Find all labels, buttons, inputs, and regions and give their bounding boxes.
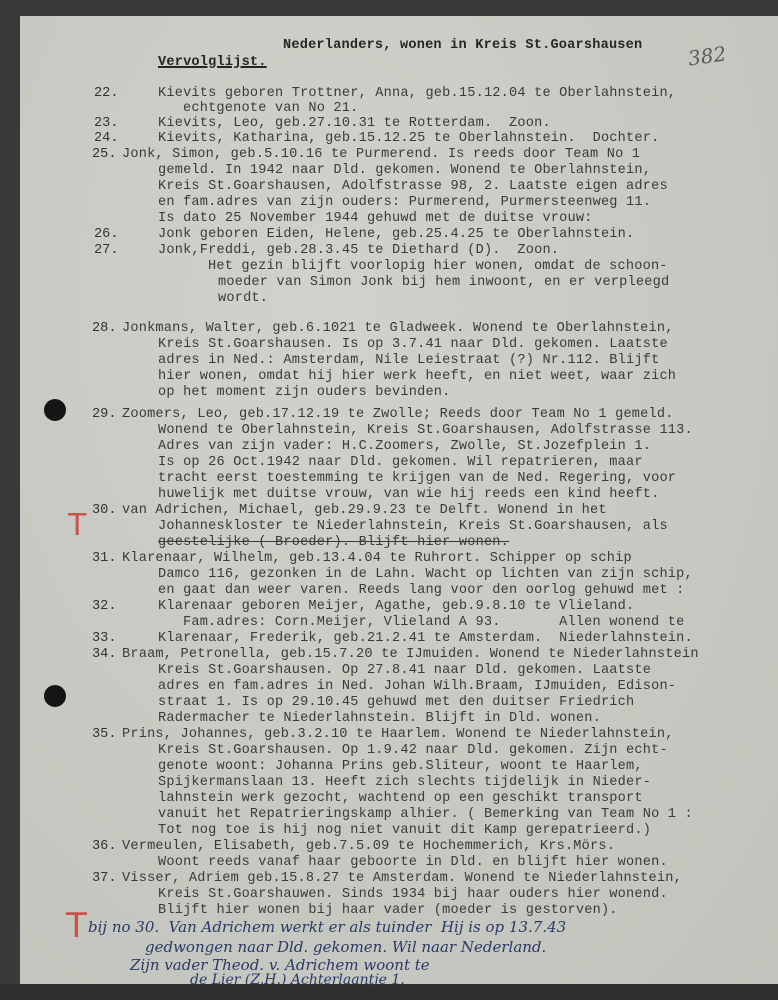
entry-line: Radermacher te Niederlahnstein. Blijft i… xyxy=(158,711,601,726)
handwritten-note-line: bij no 30. Van Adrichem werkt er als tui… xyxy=(88,918,566,936)
entry-line: Fam.adres: Corn.Meijer, Vlieland A 93. A… xyxy=(183,615,684,630)
entry-line: Braam, Petronella, geb.15.7.20 te IJmuid… xyxy=(122,647,699,662)
entry-line: Kreis St.Goarshausen. Op 27.8.41 naar Dl… xyxy=(158,663,651,678)
entry-line: Woont reeds vanaf haar geboorte in Dld. … xyxy=(158,855,668,870)
entry-line: en gaat dan weer varen. Reeds lang voor … xyxy=(158,583,685,598)
entry-line: Het gezin blijft voorlopig hier wonen, o… xyxy=(208,259,668,274)
entry-line: van Adrichen, Michael, geb.29.9.23 te De… xyxy=(122,503,607,518)
entry-line: Kreis St.Goarshausen. Op 1.9.42 naar Dld… xyxy=(158,743,668,758)
entry-line: Kievits, Katharina, geb.15.12.25 te Ober… xyxy=(158,131,659,146)
entry-line-struck: geestelijke ( Broeder). Blijft hier wone… xyxy=(158,535,509,550)
entry-number: 26. xyxy=(94,227,118,242)
entry-line: Wonend te Oberlahnstein, Kreis St.Goarsh… xyxy=(158,423,693,438)
entry-number: 35. xyxy=(92,727,116,742)
entry-line: gemeld. In 1942 naar Dld. gekomen. Wonen… xyxy=(158,163,651,178)
entry-line: wordt. xyxy=(218,291,268,306)
entry-number: 25. xyxy=(92,147,116,162)
entry-line: echtgenote van No 21. xyxy=(183,101,359,116)
handwritten-note-line: gedwongen naar Dld. gekomen. Wil naar Ne… xyxy=(145,938,546,956)
entry-number: 36. xyxy=(92,839,116,854)
entry-line: lahnstein werk gezocht, wachtend op een … xyxy=(158,791,643,806)
entry-line: Is op 26 Oct.1942 naar Dld. gekomen. Wil… xyxy=(158,455,643,470)
red-margin-mark: T xyxy=(66,906,87,946)
entry-line: Jonk, Simon, geb.5.10.16 te Purmerend. I… xyxy=(122,147,640,162)
entry-line: Jonk geboren Eiden, Helene, geb.25.4.25 … xyxy=(158,227,634,242)
subtitle: Vervolglijst. xyxy=(158,55,267,70)
entry-line: Kreis St.Goarshauwen. Sinds 1934 bij haa… xyxy=(158,887,668,902)
entry-line: adres in Ned.: Amsterdam, Nile Leiestraa… xyxy=(158,353,659,368)
entry-line: huwelijk met duitse vrouw, van wie hij r… xyxy=(158,487,659,502)
entry-line: Zoomers, Leo, geb.17.12.19 te Zwolle; Re… xyxy=(122,407,674,422)
entry-line: Adres van zijn vader: H.C.Zoomers, Zwoll… xyxy=(158,439,651,454)
entry-number: 27. xyxy=(94,243,118,258)
entry-line: op het moment zijn ouders bevinden. xyxy=(158,385,451,400)
entry-number: 30. xyxy=(92,503,116,518)
entry-line: straat 1. Is op 29.10.45 gehuwd met den … xyxy=(158,695,634,710)
entry-line: adres en fam.adres in Ned. Johan Wilh.Br… xyxy=(158,679,676,694)
punch-hole-bottom xyxy=(44,685,66,707)
entry-line: vanuit het Repatrieringskamp alhier. ( B… xyxy=(158,807,693,822)
handwritten-note-line: de Lier (Z.H.) Achterlaantje 1. xyxy=(190,972,405,988)
entry-line: Jonkmans, Walter, geb.6.1021 te Gladweek… xyxy=(122,321,674,336)
entry-line: Is dato 25 November 1944 gehuwd met de d… xyxy=(158,211,593,226)
entry-line: Blijft hier wonen bij haar vader (moeder… xyxy=(158,903,618,918)
entry-number: 33. xyxy=(92,631,116,646)
entry-line: tracht eerst toestemming te krijgen van … xyxy=(158,471,676,486)
entry-number: 22. xyxy=(94,86,118,101)
entry-line: moeder van Simon Jonk bij hem inwoont, e… xyxy=(218,275,669,290)
entry-number: 37. xyxy=(92,871,116,886)
entry-number: 31. xyxy=(92,551,116,566)
entry-line: Klarenaar geboren Meijer, Agathe, geb.9.… xyxy=(158,599,634,614)
entry-line: Jonk,Freddi, geb.28.3.45 te Diethard (D)… xyxy=(158,243,559,258)
entry-number: 28. xyxy=(92,321,116,336)
entry-line: Klarenaar, Wilhelm, geb.13.4.04 te Ruhro… xyxy=(122,551,632,566)
entry-line: Tot nog toe is hij nog niet vanuit dit K… xyxy=(158,823,651,838)
entry-line: Johanneskloster te Niederlahnstein, Krei… xyxy=(158,519,668,534)
entry-line: Kreis St.Goarshausen. Is op 3.7.41 naar … xyxy=(158,337,668,352)
entry-number: 29. xyxy=(92,407,116,422)
entry-line: Spijkermanslaan 13. Heeft zich slechts t… xyxy=(158,775,651,790)
entry-number: 32. xyxy=(92,599,116,614)
header-title: Nederlanders, wonen in Kreis St.Goarshau… xyxy=(283,38,642,53)
punch-hole-top xyxy=(44,399,66,421)
entry-line: Kievits, Leo, geb.27.10.31 te Rotterdam.… xyxy=(158,116,551,131)
entry-line: Prins, Johannes, geb.3.2.10 te Haarlem. … xyxy=(122,727,674,742)
entry-line: Kreis St.Goarshausen, Adolfstrasse 98, 2… xyxy=(158,179,668,194)
entry-number: 24. xyxy=(94,131,118,146)
entry-line: hier wonen, omdat hij hier werk heeft, e… xyxy=(158,369,676,384)
entry-line: Kievits geboren Trottner, Anna, geb.15.1… xyxy=(158,86,676,101)
entry-line: Damco 116, gezonken in de Lahn. Wacht op… xyxy=(158,567,693,582)
entry-line: Klarenaar, Frederik, geb.21.2.41 te Amst… xyxy=(158,631,693,646)
entry-line: Visser, Adriem geb.15.8.27 te Amsterdam.… xyxy=(122,871,682,886)
entry-line: en fam.adres van zijn ouders: Purmerend,… xyxy=(158,195,651,210)
entry-line: genote woont: Johanna Prins geb.Sliteur,… xyxy=(158,759,643,774)
entry-line: Vermeulen, Elisabeth, geb.7.5.09 te Hoch… xyxy=(122,839,615,854)
entry-number: 23. xyxy=(94,116,118,131)
red-margin-mark: T xyxy=(68,508,86,543)
entry-number: 34. xyxy=(92,647,116,662)
